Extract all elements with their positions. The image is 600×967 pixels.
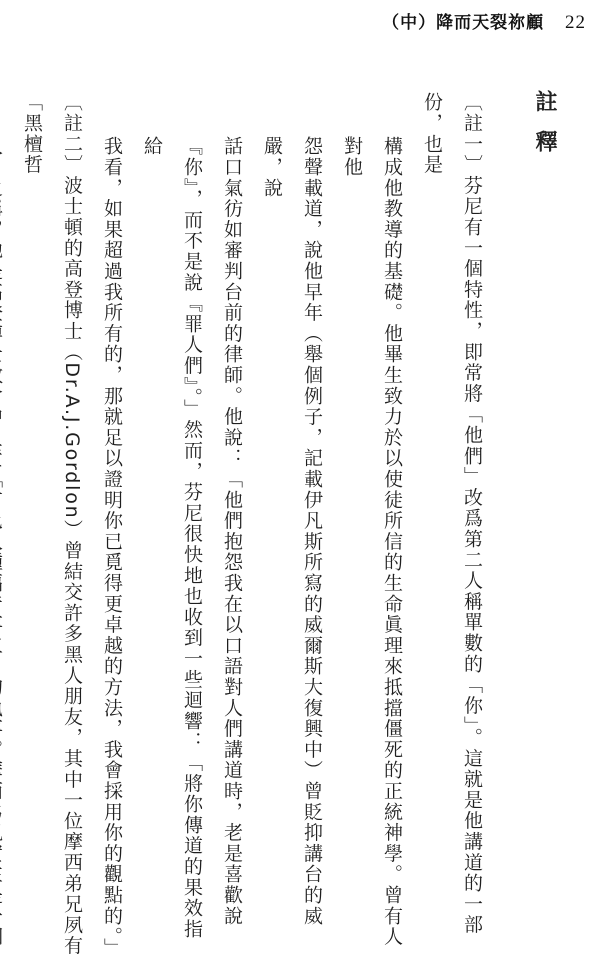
note-2: 〔註二〕波士頓的高登博士（Dr.A.J.Gordlon）曾結交許多黑人朋友，其中… — [0, 92, 92, 958]
section-heading: 註釋 — [529, 90, 560, 170]
notes-body: 〔註一〕芬尼有一個特性，即常將「他們」改爲第二人稱單數的「你」。這就是他講道的一… — [0, 92, 492, 958]
note-line: 〔註一〕芬尼有一個特性，即常將「他們」改爲第二人稱單數的「你」。這就是他講道的一… — [412, 92, 492, 958]
note-1: 〔註一〕芬尼有一個特性，即常將「他們」改爲第二人稱單數的「你」。這就是他講道的一… — [92, 92, 492, 958]
note-line: 構成他教導的基礎。他畢生致力於以使徒所信的生命眞理來抵擋僵死的正統神學。曾有人對… — [332, 92, 412, 958]
note-line: 我看，如果超過我所有的，那就足以證明你已覓得更卓越的方法，我會採用你的觀點的。」 — [92, 92, 132, 958]
note-line: 〔註二〕波士頓的高登博士（Dr.A.J.Gordlon）曾結交許多黑人朋友，其中… — [12, 92, 92, 958]
note-line: 人」之稱，他是高登博士教會中負責「有色人種福音事工」的執事。摩西弟兄實在是一個全… — [0, 92, 12, 958]
note-line: 話口氣彷如審判台前的律師。他說：「他們抱怨我在以口語對人們講道時，老是喜歡說 — [212, 92, 252, 958]
page-number: 22 — [565, 12, 586, 33]
note-line: 怨聲載道，說他早年（舉個例子，記載伊凡斯所寫的威爾斯大復興中）曾貶抑講台的威嚴，… — [252, 92, 332, 958]
running-head: （中）降而天裂祢顧 22 — [382, 8, 586, 34]
chapter-title: （中）降而天裂祢顧 — [382, 13, 544, 33]
note-line: 『你』，而不是說『罪人們』。」然而，芬尼很快地也收到一些迴響：「將你傳道的果效指… — [132, 92, 212, 958]
